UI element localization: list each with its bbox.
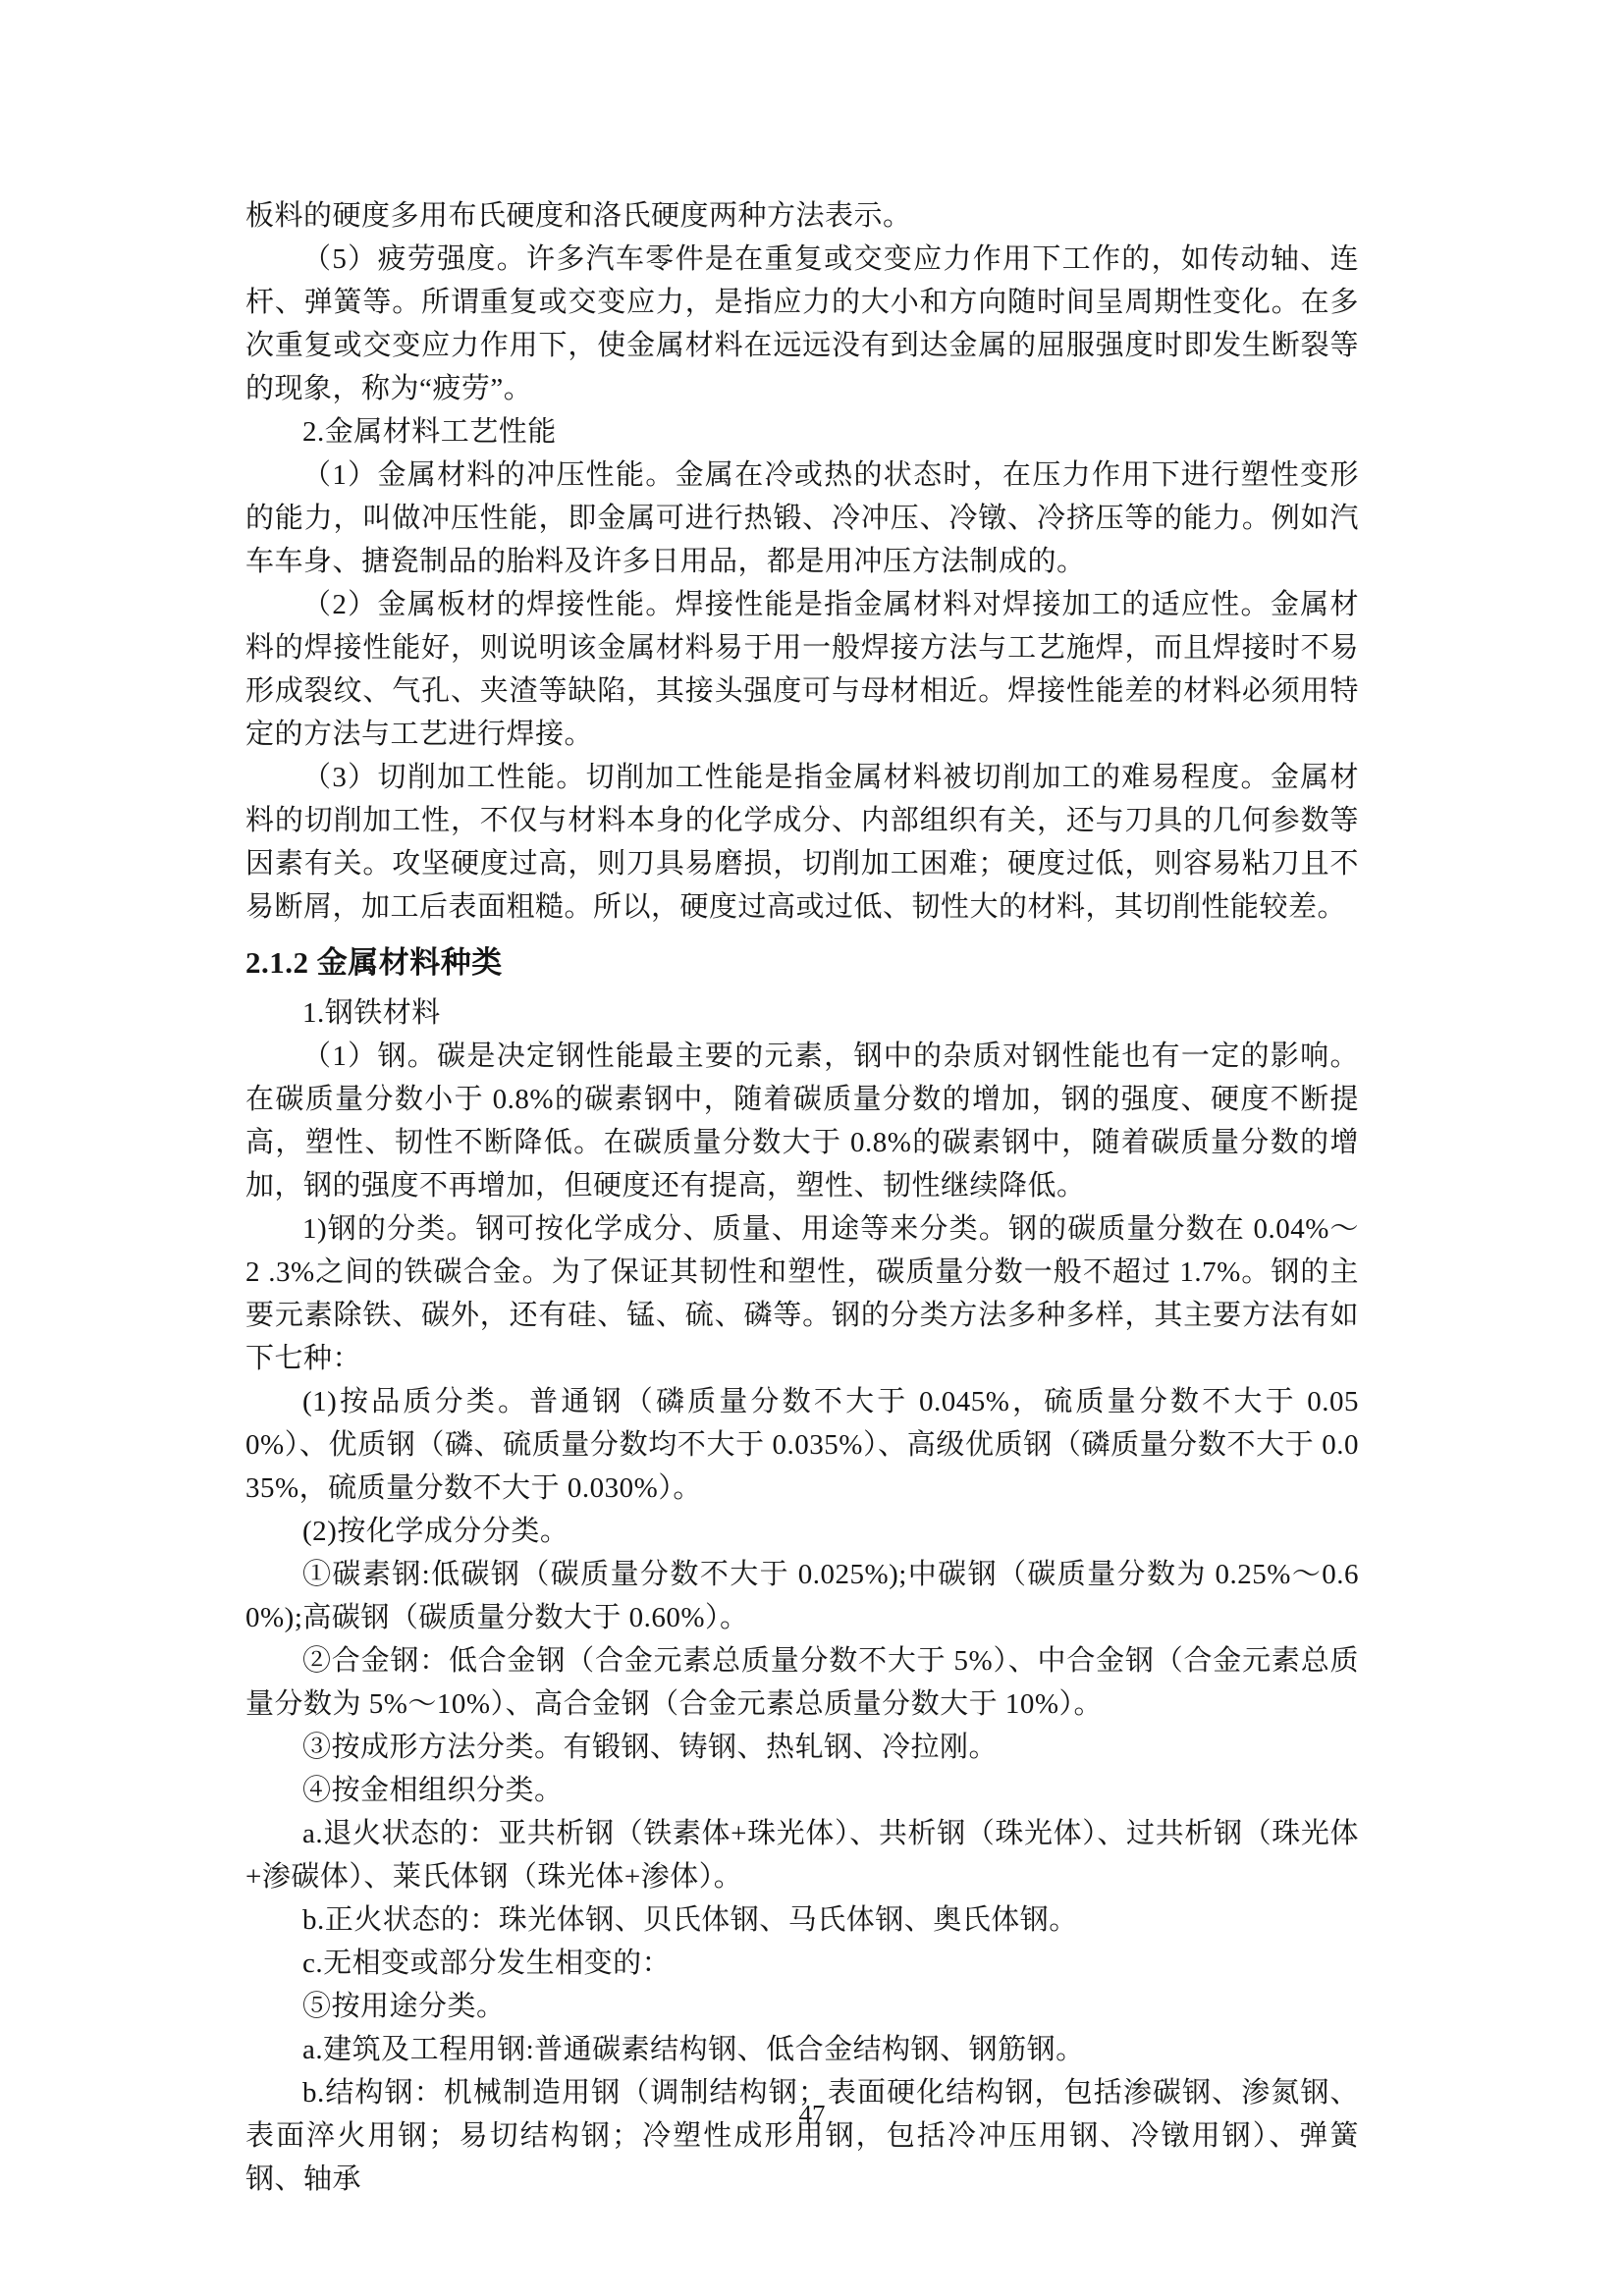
paragraph: a.建筑及工程用钢:普通碳素结构钢、低合金结构钢、钢筋钢。 bbox=[245, 2028, 1359, 2071]
paragraph: (1)按品质分类。普通钢（磷质量分数不大于 0.045%，硫质量分数不大于 0.… bbox=[245, 1380, 1359, 1510]
paragraph: 1)钢的分类。钢可按化学成分、质量、用途等来分类。钢的碳质量分数在 0.04%～… bbox=[245, 1207, 1359, 1380]
paragraph: 1.钢铁材料 bbox=[245, 991, 1359, 1035]
paragraph: ③按成形方法分类。有锻钢、铸钢、热轧钢、冷拉刚。 bbox=[245, 1726, 1359, 1769]
paragraph: 2.金属材料工艺性能 bbox=[245, 410, 1359, 454]
paragraph: (2)按化学成分分类。 bbox=[245, 1510, 1359, 1553]
paragraph: a.退火状态的：亚共析钢（铁素体+珠光体）、共析钢（珠光体）、过共析钢（珠光体+… bbox=[245, 1812, 1359, 1898]
paragraph: （2）金属板材的焊接性能。焊接性能是指金属材料对焊接加工的适应性。金属材料的焊接… bbox=[245, 583, 1359, 756]
document-page: 板料的硬度多用布氏硬度和洛氏硬度两种方法表示。（5）疲劳强度。许多汽车零件是在重… bbox=[0, 0, 1624, 2296]
paragraph: b.结构钢：机械制造用钢（调制结构钢；表面硬化结构钢，包括渗碳钢、渗氮钢、表面淬… bbox=[245, 2071, 1359, 2201]
paragraph: 板料的硬度多用布氏硬度和洛氏硬度两种方法表示。 bbox=[245, 194, 1359, 238]
paragraph: ⑤按用途分类。 bbox=[245, 1985, 1359, 2028]
paragraph: （1）钢。碳是决定钢性能最主要的元素，钢中的杂质对钢性能也有一定的影响。在碳质量… bbox=[245, 1035, 1359, 1207]
paragraph: （5）疲劳强度。许多汽车零件是在重复或交变应力作用下工作的，如传动轴、连杆、弹簧… bbox=[245, 238, 1359, 410]
paragraph: ①碳素钢:低碳钢（碳质量分数不大于 0.025%);中碳钢（碳质量分数为 0.2… bbox=[245, 1553, 1359, 1639]
paragraph: ④按金相组织分类。 bbox=[245, 1769, 1359, 1812]
paragraph: c.无相变或部分发生相变的： bbox=[245, 1942, 1359, 1985]
page-number: 47 bbox=[0, 2099, 1624, 2130]
document-body: 板料的硬度多用布氏硬度和洛氏硬度两种方法表示。（5）疲劳强度。许多汽车零件是在重… bbox=[245, 194, 1359, 2201]
paragraph: b.正火状态的：珠光体钢、贝氏体钢、马氏体钢、奥氏体钢。 bbox=[245, 1898, 1359, 1942]
paragraph: （3）切削加工性能。切削加工性能是指金属材料被切削加工的难易程度。金属材料的切削… bbox=[245, 756, 1359, 929]
paragraph: （1）金属材料的冲压性能。金属在冷或热的状态时，在压力作用下进行塑性变形的能力，… bbox=[245, 454, 1359, 583]
section-heading: 2.1.2 金属材料种类 bbox=[245, 940, 1359, 986]
paragraph: ②合金钢：低合金钢（合金元素总质量分数不大于 5%）、中合金钢（合金元素总质量分… bbox=[245, 1639, 1359, 1726]
